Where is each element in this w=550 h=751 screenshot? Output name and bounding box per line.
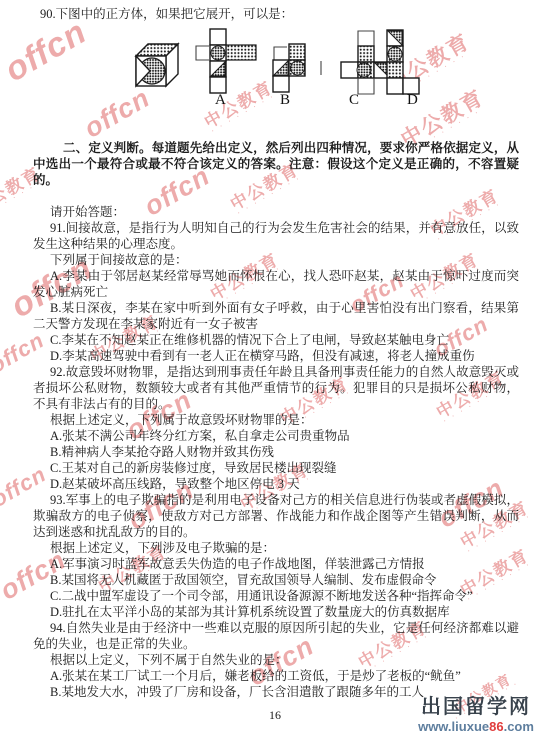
question-91-option-a: A.李某由于邻居赵某经常辱骂她而怀恨在心，找人恐吓赵某，赵某由于惊吓过度而突发心…: [33, 268, 519, 300]
question-90-text: 90.下图中的正方体，如果把它展开，可以是：: [33, 6, 519, 22]
exam-page: offcn中公教育· · · · · · · ·offcn中公教育· · · ·…: [0, 0, 550, 751]
question-93: 93.军事上的电子欺骗指的是利用电子设备对己方的相关信息进行伪装或者虚假模拟，欺…: [33, 492, 519, 620]
question-93-option-d: D.驻扎在太平洋小岛的某部为其计算机系统设置了数量庞大的仿真数据库: [33, 604, 519, 620]
question-94-stem: 94.自然失业是由于经济中一些难以克服的原因所引起的失业，它是任何经济都难以避免…: [33, 620, 519, 652]
figure-label-c: C: [349, 92, 359, 109]
figure-label-b: B: [280, 92, 290, 109]
question-92-lead: 根据上述定义，下列属于故意毁坏财物罪的是：: [33, 412, 519, 428]
question-91-option-c: C.李某在不知赵某正在维修机器的情况下合上了电闸，导致赵某触电身亡: [33, 332, 519, 348]
figure-label-a: A: [215, 92, 226, 109]
section-2-header: 二、定义判断。每道题先给出定义，然后列出四种情况，要求你严格依据定义，从中选出一…: [33, 140, 519, 188]
site-url-suffix: .com: [504, 719, 534, 734]
question-93-stem: 93.军事上的电子欺骗指的是利用电子设备对己方的相关信息进行伪装或者虚假模拟，欺…: [33, 492, 519, 540]
question-93-lead: 根据上述定义，下列涉及电子欺骗的是：: [33, 540, 519, 556]
question-92-stem: 92.故意毁坏财物罪，是指达到刑事责任年龄且具备刑事责任能力的自然人故意毁灭或者…: [33, 364, 519, 412]
net-option-d: [385, 28, 437, 96]
site-logo: 出国留学网 www.liuxue86.com: [407, 694, 545, 734]
start-prompt: 请开始答题：: [33, 204, 519, 220]
question-91-option-d: D.李某高速驾驶中看到有一老人正在横穿马路，但没有减速，将老人撞成重伤: [33, 348, 519, 364]
question-94-lead: 根据以上定义，下列不属于自然失业的是：: [33, 652, 519, 668]
figure-label-d: D: [407, 92, 418, 109]
cube-figure: [133, 40, 181, 92]
question-91-lead: 下列属于间接故意的是：: [33, 252, 519, 268]
question-93-option-c: C.二战中盟军虚设了一个司令部，用通讯设备源源不断地发送各种“指挥命令”: [33, 588, 519, 604]
question-92: 92.故意毁坏财物罪，是指达到刑事责任年龄且具备刑事责任能力的自然人故意毁灭或者…: [33, 364, 519, 492]
question-90-figure: A B C D: [33, 26, 519, 114]
question-91: 91.间接故意，是指行为人明知自己的行为会发生危害社会的结果，并有意放任，以致发…: [33, 220, 519, 364]
document-body: 90.下图中的正方体，如果把它展开，可以是：: [0, 0, 550, 751]
question-92-option-c: C.王某对自己的新房装修过度，导致居民楼出现裂缝: [33, 460, 519, 476]
site-url: www.liuxue86.com: [407, 720, 545, 734]
net-option-a: [193, 28, 259, 94]
question-92-option-a: A.张某不满公司年终分红方案，私自拿走公司贵重物品: [33, 428, 519, 444]
question-91-stem: 91.间接故意，是指行为人明知自己的行为会发生危害社会的结果，并有意放任，以致发…: [33, 220, 519, 252]
question-93-option-b: B.某国将无人机藏匿于敌国领空，冒充敌国领导人编制、发布虚假命令: [33, 572, 519, 588]
question-93-option-a: A.军事演习时蓝军故意丢失伪造的电子作战地图，佯装泄露己方情报: [33, 556, 519, 572]
site-name: 出国留学网: [407, 694, 545, 720]
site-url-number: 86: [489, 719, 503, 734]
net-option-b: [269, 42, 325, 96]
question-92-option-b: B.精神病人李某抢夺路人财物并致其伤残: [33, 444, 519, 460]
site-url-prefix: www.liuxue: [418, 719, 489, 734]
question-94: 94.自然失业是由于经济中一些难以克服的原因所引起的失业，它是任何经济都难以避免…: [33, 620, 519, 700]
question-94-option-a: A.张某在某工厂试工一个月后，嫌老板给的工资低，于是炒了老板的“鱿鱼”: [33, 668, 519, 684]
question-91-option-b: B.某日深夜，李某在家中听到外面有女子呼救，由于心里害怕没有出门察看，结果第二天…: [33, 300, 519, 332]
question-92-option-d: D.赵某破坏高压线路，导致整个地区停电 3 天: [33, 476, 519, 492]
